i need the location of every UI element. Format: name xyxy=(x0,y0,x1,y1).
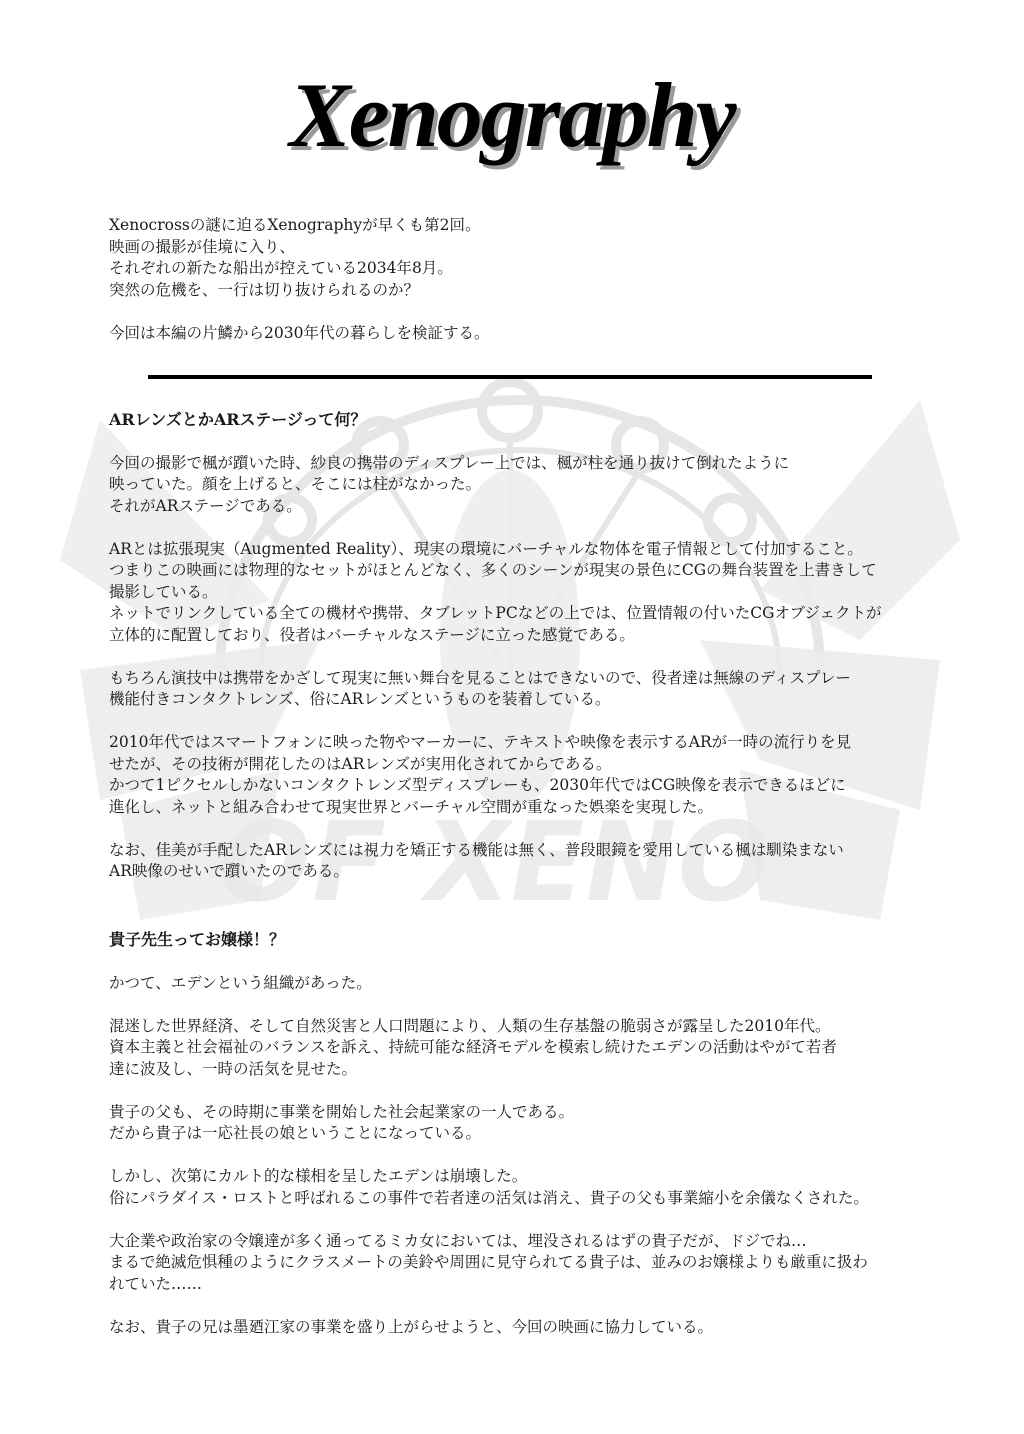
section-paragraph: 大企業や政治家の令嬢達が多く通ってるミカ女においては、埋没されるはずの貴子だが、… xyxy=(109,1231,929,1296)
section-paragraph: しかし、次第にカルト的な様相を呈したエデンは崩壊した。 俗にパラダイス・ロストと… xyxy=(109,1166,929,1209)
intro-summary: 今回は本編の片鱗から2030年代の暮らしを検証する。 xyxy=(109,323,929,345)
page-title: Xenography xyxy=(0,62,1024,168)
section-divider xyxy=(148,375,872,379)
section-heading: ARレンズとかARステージって何？ xyxy=(109,409,929,431)
section-paragraph: かつて、エデンという組織があった。 xyxy=(109,973,929,995)
section-paragraph: 今回の撮影で楓が躓いた時、紗良の携帯のディスプレー上では、楓が柱を通り抜けて倒れ… xyxy=(109,453,929,518)
section-paragraph: なお、貴子の兄は墨廼江家の事業を盛り上がらせようと、今回の映画に協力している。 xyxy=(109,1317,929,1339)
intro-line: それぞれの新たな船出が控えている2034年8月。 xyxy=(109,258,929,280)
intro-block: Xenocrossの謎に迫るXenographyが早くも第2回。 映画の撮影が佳… xyxy=(109,215,929,344)
section-heading: 貴子先生ってお嬢様！？ xyxy=(109,929,929,951)
section-paragraph: 貴子の父も、その時期に事業を開始した社会起業家の一人である。 だから貴子は一応社… xyxy=(109,1102,929,1145)
section-paragraph: ARとは拡張現実（Augmented Reality）、現実の環境にバーチャルな… xyxy=(109,539,929,647)
section-takako: 貴子先生ってお嬢様！？ かつて、エデンという組織があった。 混迷した世界経済、そ… xyxy=(109,929,929,1338)
section-paragraph: 2010年代ではスマートフォンに映った物やマーカーに、テキストや映像を表示するA… xyxy=(109,732,929,818)
intro-line: Xenocrossの謎に迫るXenographyが早くも第2回。 xyxy=(109,215,929,237)
intro-line: 映画の撮影が佳境に入り、 xyxy=(109,237,929,259)
section-ar-lens: ARレンズとかARステージって何？ 今回の撮影で楓が躓いた時、紗良の携帯のディス… xyxy=(109,409,929,883)
section-paragraph: 混迷した世界経済、そして自然災害と人口問題により、人類の生存基盤の脆弱さが露呈し… xyxy=(109,1016,929,1081)
section-paragraph: もちろん演技中は携帯をかざして現実に無い舞台を見ることはできないので、役者達は無… xyxy=(109,668,929,711)
section-paragraph: なお、佳美が手配したARレンズには視力を矯正する機能は無く、普段眼鏡を愛用してい… xyxy=(109,840,929,883)
intro-line: 突然の危機を、一行は切り抜けられるのか？ xyxy=(109,280,929,302)
